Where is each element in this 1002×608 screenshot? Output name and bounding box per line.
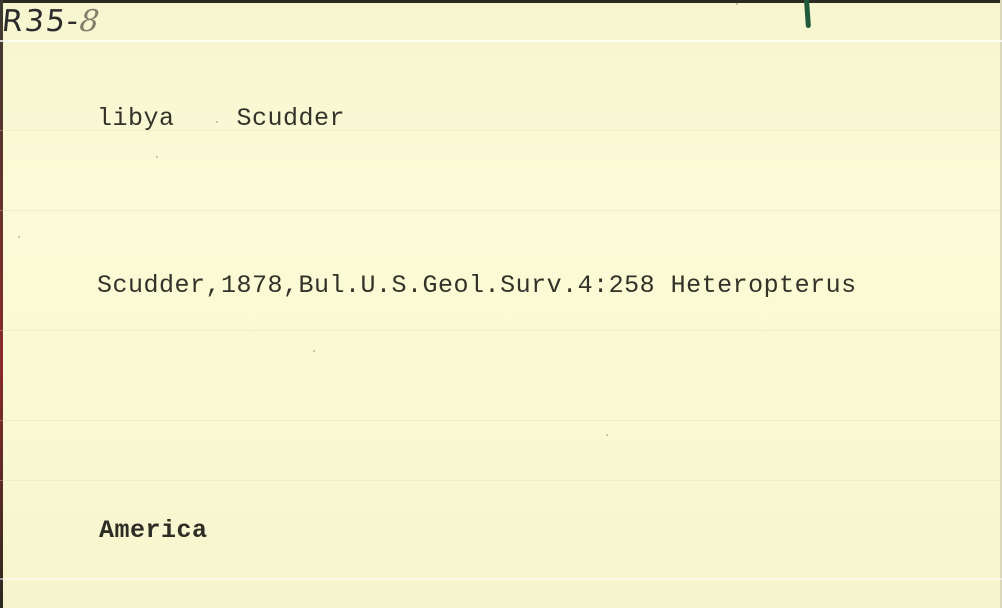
- card-top-edge: [0, 0, 1002, 3]
- scan-line: [0, 210, 1002, 211]
- paper-speck: [313, 350, 315, 352]
- scan-rule-top: [0, 40, 1002, 42]
- index-card: R35-8 libyaScudder Scudder,1878,Bul.U.S.…: [0, 0, 1002, 608]
- species-name: libya: [97, 104, 175, 133]
- paper-speck: [18, 236, 20, 238]
- scan-line: [0, 420, 1002, 421]
- catalog-id-prefix: R35-: [0, 4, 82, 39]
- paper-speck: [156, 156, 158, 158]
- scan-line: [0, 330, 1002, 331]
- region-label: America: [99, 516, 208, 545]
- card-left-edge: [0, 0, 3, 608]
- catalog-id-suffix: 8: [78, 4, 103, 39]
- reference-line: Scudder,1878,Bul.U.S.Geol.Surv.4:258 Het…: [97, 271, 857, 300]
- taxon-name-line: libyaScudder: [97, 104, 345, 133]
- paper-speck: [606, 434, 608, 436]
- paper-speck: [216, 121, 218, 123]
- catalog-id: R35-8: [0, 4, 103, 39]
- green-ink-mark: [804, 0, 811, 28]
- scan-rule-bottom: [0, 578, 1002, 580]
- scan-line: [0, 480, 1002, 481]
- author-name: Scudder: [237, 104, 346, 133]
- paper-speck: [736, 3, 738, 5]
